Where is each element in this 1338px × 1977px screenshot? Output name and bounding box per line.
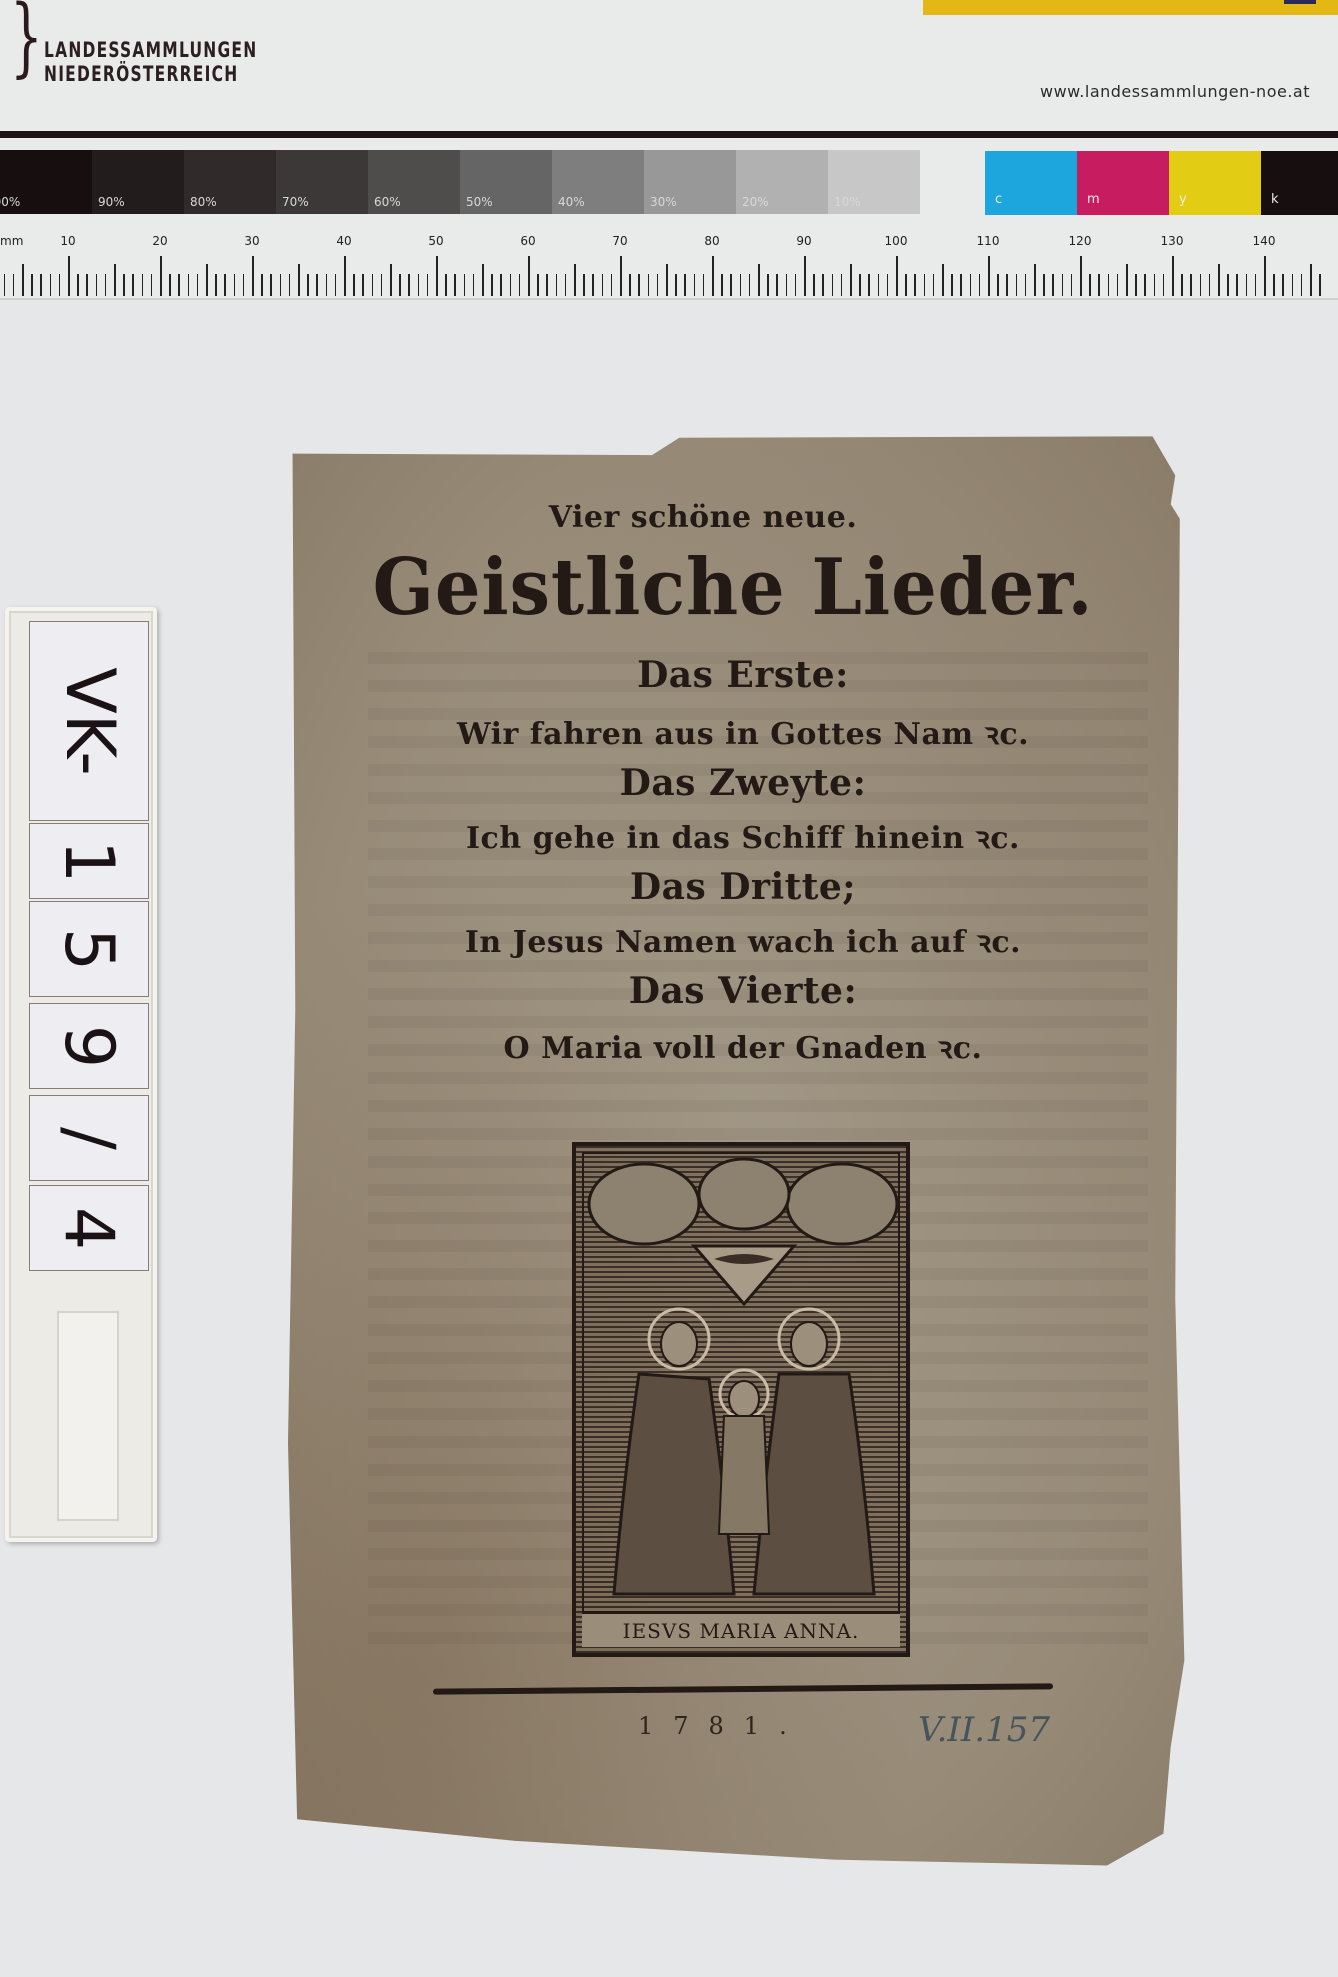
gray-swatch: 90% xyxy=(92,150,184,214)
inventory-number-holder: VK- 1 5 9 / 4 xyxy=(5,607,157,1542)
ruler-tick xyxy=(1163,274,1165,296)
institution-url: www.landessammlungen-noe.at xyxy=(1040,82,1310,101)
ruler-tick xyxy=(951,274,953,296)
swatch-label: k xyxy=(1271,192,1279,207)
song-incipit: O Maria voll der Gnaden ꝛc. xyxy=(288,1026,1198,1067)
ruler-tick xyxy=(13,274,15,296)
ruler-tick xyxy=(859,274,861,296)
song-heading: Das Erste: xyxy=(288,654,1198,696)
ruler-tick xyxy=(1098,274,1100,296)
swatch-label: 10% xyxy=(834,195,861,209)
ruler-tick xyxy=(620,256,622,296)
gray-swatch: 40% xyxy=(552,150,644,214)
swatch-label: 30% xyxy=(650,195,677,209)
swatch-label: y xyxy=(1179,192,1187,207)
divider xyxy=(0,131,1338,138)
ruler-tick xyxy=(1126,264,1128,296)
handwritten-shelfmark: V.II.157 xyxy=(918,1710,1050,1750)
gray-swatch: 50% xyxy=(460,150,552,214)
inventory-tile: 4 xyxy=(29,1185,149,1271)
ruler-tick xyxy=(178,274,180,296)
ruler-tick xyxy=(105,274,107,296)
ruler-tick xyxy=(1292,274,1294,296)
song-heading: Das Vierte: xyxy=(288,970,1198,1012)
ruler-tick xyxy=(123,274,125,296)
ruler-tick xyxy=(878,274,880,296)
ruler-tick xyxy=(740,274,742,296)
song-heading: Das Dritte; xyxy=(288,866,1198,908)
ruler-tick xyxy=(970,274,972,296)
gray-swatch: 100% xyxy=(0,150,92,214)
ruler-tick xyxy=(611,274,613,296)
ruler-tick xyxy=(408,274,410,296)
ruler-tick xyxy=(592,274,594,296)
ruler-tick xyxy=(786,274,788,296)
ruler-tick xyxy=(721,274,723,296)
ruler-tick xyxy=(215,274,217,296)
ruler-tick xyxy=(445,274,447,296)
ruler-tick xyxy=(1236,274,1238,296)
ruler-tick xyxy=(86,274,88,296)
ruler-tick xyxy=(924,274,926,296)
ruler-tick xyxy=(887,274,889,296)
ruler-tick xyxy=(795,274,797,296)
ruler-tick xyxy=(1172,256,1174,296)
ruler-tick xyxy=(1301,274,1303,296)
ruler-tick xyxy=(1246,274,1248,296)
inventory-tile: 5 xyxy=(29,901,149,997)
ruler-tick xyxy=(77,274,79,296)
gray-swatch: 80% xyxy=(184,150,276,214)
cmyk-swatch: y xyxy=(1169,151,1261,215)
ruler-tick xyxy=(574,264,576,296)
ruler-tick xyxy=(1319,274,1321,296)
ruler-tick xyxy=(1190,274,1192,296)
swatch-label: m xyxy=(1087,192,1100,207)
ruler-tick xyxy=(4,274,6,296)
ruler-tick xyxy=(868,274,870,296)
ruler-tick xyxy=(832,274,834,296)
ruler-tick xyxy=(224,274,226,296)
ruler-tick xyxy=(1043,274,1045,296)
empty-slot xyxy=(57,1311,119,1521)
ruler-tick xyxy=(675,274,677,296)
ruler-tick xyxy=(1255,274,1257,296)
ruler-tick xyxy=(1062,274,1064,296)
ruler-tick xyxy=(399,274,401,296)
ruler-tick xyxy=(914,274,916,296)
ruler-tick xyxy=(169,274,171,296)
publication-year: 1781. xyxy=(638,1712,807,1740)
brace-icon: } xyxy=(10,0,28,80)
ruler-tick xyxy=(418,274,420,296)
leaflet-title: Geistliche Lieder. xyxy=(314,542,1151,633)
horizontal-rule xyxy=(433,1683,1053,1694)
ruler-tick xyxy=(1135,274,1137,296)
ruler-tick xyxy=(427,274,429,296)
ruler-tick xyxy=(280,274,282,296)
ruler-tick xyxy=(335,274,337,296)
ruler-tick xyxy=(500,274,502,296)
ruler-tick xyxy=(1282,274,1284,296)
ruler-label: 140 xyxy=(1253,234,1276,248)
ruler-tick xyxy=(979,274,981,296)
ruler-tick xyxy=(1181,274,1183,296)
ruler-tick xyxy=(1052,274,1054,296)
gray-swatch: 20% xyxy=(736,150,828,214)
ruler-tick xyxy=(114,264,116,296)
ruler-tick xyxy=(694,274,696,296)
swatch-label: 50% xyxy=(466,195,493,209)
ruler-tick xyxy=(850,264,852,296)
ruler-tick xyxy=(730,274,732,296)
ruler-tick xyxy=(40,274,42,296)
ruler-tick xyxy=(1117,274,1119,296)
ruler-tick xyxy=(1089,274,1091,296)
swatch-label: c xyxy=(995,192,1002,207)
ruler-tick xyxy=(243,274,245,296)
ruler-label: 100 xyxy=(885,234,908,248)
ruler-tick xyxy=(1025,274,1027,296)
ruler-label: 110 xyxy=(977,234,1000,248)
ruler-label: 40 xyxy=(336,234,351,248)
ruler-tick xyxy=(1016,274,1018,296)
ruler-tick xyxy=(381,274,383,296)
ruler-tick xyxy=(657,274,659,296)
ruler-tick xyxy=(1227,274,1229,296)
ruler-tick xyxy=(629,274,631,296)
ruler-label: 50 xyxy=(428,234,443,248)
ruler-tick xyxy=(298,264,300,296)
ruler-tick xyxy=(372,274,374,296)
ruler-tick xyxy=(188,274,190,296)
ruler-tick xyxy=(519,274,521,296)
ruler-tick xyxy=(822,274,824,296)
ruler-tick xyxy=(454,274,456,296)
logo-line-2: NIEDERÖSTERREICH xyxy=(44,62,257,86)
ruler-tick xyxy=(464,274,466,296)
gray-swatch: 10% xyxy=(828,150,920,214)
ruler-tick xyxy=(482,264,484,296)
ruler-tick xyxy=(252,256,254,296)
ruler-tick xyxy=(638,274,640,296)
inventory-tile: / xyxy=(29,1095,149,1181)
ruler-tick xyxy=(353,274,355,296)
ruler-tick xyxy=(905,274,907,296)
ruler-tick xyxy=(307,274,309,296)
cmyk-swatch: c xyxy=(985,151,1077,215)
ruler-tick xyxy=(206,264,208,296)
ruler-tick xyxy=(50,274,52,296)
ruler-tick xyxy=(261,274,263,296)
ruler-tick xyxy=(1264,256,1266,296)
ruler-tick xyxy=(289,274,291,296)
inventory-tile: 9 xyxy=(29,1003,149,1089)
ruler-tick xyxy=(1310,264,1312,296)
ruler-label: 10 xyxy=(60,234,75,248)
gray-swatch: 60% xyxy=(368,150,460,214)
ruler-tick xyxy=(1273,274,1275,296)
ruler-tick xyxy=(436,256,438,296)
ruler-tick xyxy=(537,274,539,296)
ruler-tick xyxy=(602,274,604,296)
cmyk-swatch: m xyxy=(1077,151,1169,215)
ruler-tick xyxy=(758,264,760,296)
swatch-label: 40% xyxy=(558,195,585,209)
cmyk-swatch: k xyxy=(1261,151,1338,215)
ruler-tick xyxy=(813,274,815,296)
song-heading: Das Zweyte: xyxy=(288,762,1198,804)
ruler-tick xyxy=(473,274,475,296)
ruler-tick xyxy=(546,274,548,296)
ruler-tick xyxy=(510,274,512,296)
ruler-label: 130 xyxy=(1161,234,1184,248)
ruler-tick xyxy=(712,256,714,296)
ruler-label: 120 xyxy=(1069,234,1092,248)
grayscale-strip: 100%90%80%70%60%50%40%30%20%10% xyxy=(0,150,920,214)
ruler-tick xyxy=(59,274,61,296)
ruler-tick xyxy=(1071,274,1073,296)
ruler-tick xyxy=(648,274,650,296)
ruler-tick xyxy=(142,274,144,296)
ruler-tick xyxy=(804,256,806,296)
ruler-label: 80 xyxy=(704,234,719,248)
ruler-tick xyxy=(565,274,567,296)
ruler-label: 30 xyxy=(244,234,259,248)
ruler-tick xyxy=(583,274,585,296)
ruler-tick xyxy=(1200,274,1202,296)
ruler-tick xyxy=(160,256,162,296)
ruler-tick xyxy=(1080,256,1082,296)
ruler-tick xyxy=(22,264,24,296)
ruler-label: 90 xyxy=(796,234,811,248)
ruler-tick xyxy=(960,274,962,296)
ruler-tick xyxy=(326,274,328,296)
ruler-tick xyxy=(896,256,898,296)
holy-family-woodcut-icon xyxy=(584,1154,902,1604)
ruler-tick xyxy=(344,256,346,296)
ruler-tick xyxy=(988,256,990,296)
institution-logo: } LANDESSAMMLUNGEN NIEDERÖSTERREICH xyxy=(10,0,304,86)
ruler-tick xyxy=(234,274,236,296)
millimeter-ruler: mm 102030405060708090100110120130140 xyxy=(0,228,1338,298)
ruler-tick xyxy=(933,274,935,296)
ruler-tick xyxy=(270,274,272,296)
song-incipit: Ich gehe in das Schiff hinein ꝛc. xyxy=(288,816,1198,857)
ruler-tick xyxy=(749,274,751,296)
ruler-tick xyxy=(767,274,769,296)
ruler-tick xyxy=(666,264,668,296)
ruler-tick xyxy=(556,274,558,296)
ruler-tick xyxy=(684,274,686,296)
yellow-brand-band xyxy=(923,0,1338,15)
color-calibration-chart: } LANDESSAMMLUNGEN NIEDERÖSTERREICH www.… xyxy=(0,0,1338,300)
inventory-tile: VK- xyxy=(29,621,149,821)
ruler-tick xyxy=(1218,264,1220,296)
ruler-tick xyxy=(316,274,318,296)
ruler-tick xyxy=(1034,264,1036,296)
ruler-tick xyxy=(528,256,530,296)
swatch-label: 80% xyxy=(190,195,217,209)
ruler-tick xyxy=(1154,274,1156,296)
ruler-tick xyxy=(362,274,364,296)
ruler-tick xyxy=(197,274,199,296)
ruler-tick xyxy=(1006,274,1008,296)
swatch-label: 20% xyxy=(742,195,769,209)
ruler-unit: mm xyxy=(0,234,23,248)
ruler-tick xyxy=(942,264,944,296)
ruler-label: 60 xyxy=(520,234,535,248)
ruler-label: 20 xyxy=(152,234,167,248)
cmyk-strip: cmyk xyxy=(985,151,1338,215)
woodcut-illustration: IESVS MARIA ANNA. xyxy=(572,1142,910,1657)
ruler-tick xyxy=(132,274,134,296)
leaflet-subtitle: Vier schöne neue. xyxy=(248,500,1158,535)
ruler-tick xyxy=(776,274,778,296)
song-incipit: Wir fahren aus in Gottes Nam ꝛc. xyxy=(288,712,1198,753)
logo-line-1: LANDESSAMMLUNGEN xyxy=(44,38,257,62)
ruler-tick xyxy=(491,274,493,296)
ruler-tick xyxy=(1144,274,1146,296)
ruler-tick xyxy=(1209,274,1211,296)
swatch-label: 70% xyxy=(282,195,309,209)
swatch-label: 90% xyxy=(98,195,125,209)
song-incipit: In Jesus Namen wach ich auf ꝛc. xyxy=(288,920,1198,961)
gray-swatch: 70% xyxy=(276,150,368,214)
ruler-tick xyxy=(390,264,392,296)
swatch-label: 100% xyxy=(0,195,20,209)
ruler-tick xyxy=(151,274,153,296)
ruler-tick xyxy=(1108,274,1110,296)
woodcut-caption: IESVS MARIA ANNA. xyxy=(582,1611,900,1647)
inventory-tile: 1 xyxy=(29,823,149,899)
ruler-tick xyxy=(841,274,843,296)
ruler-tick xyxy=(997,274,999,296)
leaflet-page: Vier schöne neue. Geistliche Lieder. Das… xyxy=(288,432,1198,1877)
ruler-tick xyxy=(703,274,705,296)
gray-swatch: 30% xyxy=(644,150,736,214)
swatch-label: 60% xyxy=(374,195,401,209)
ruler-tick xyxy=(31,274,33,296)
ruler-tick xyxy=(96,274,98,296)
ruler-tick xyxy=(68,256,70,296)
ruler-label: 70 xyxy=(612,234,627,248)
